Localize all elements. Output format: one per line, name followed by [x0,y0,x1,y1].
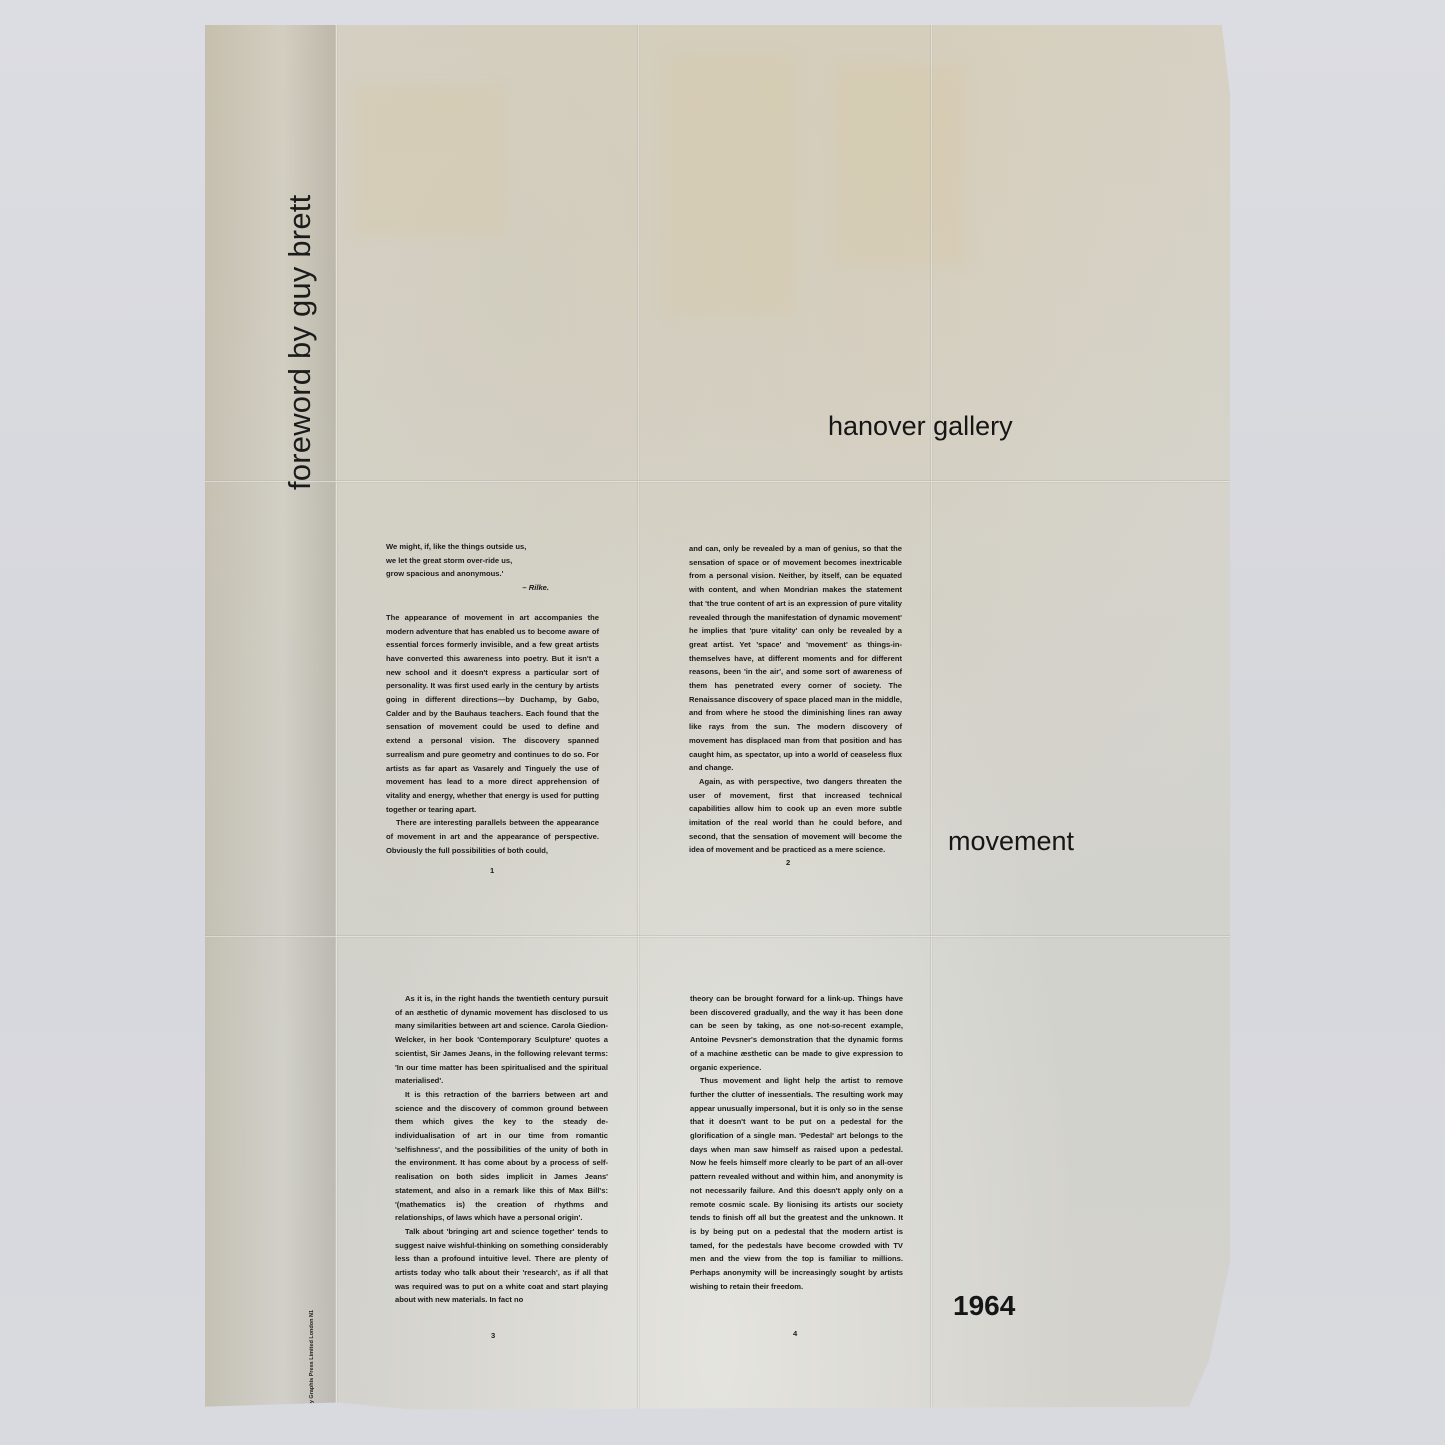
fold-line-horizontal [205,480,1230,483]
gallery-name: hanover gallery [828,411,1013,442]
fold-line-vertical [335,25,338,1415]
paragraph: As it is, in the right hands the twentie… [395,992,608,1088]
page-1-text: We might, if, like the things outside us… [386,540,599,857]
page-number: 2 [786,858,790,867]
paragraph: Thus movement and light help the artist … [690,1074,903,1293]
page-3-text: As it is, in the right hands the twentie… [395,992,608,1307]
fold-line-horizontal [205,935,1230,938]
page-number: 3 [491,1331,495,1340]
paragraph: There are interesting parallels between … [386,816,599,857]
paper-stain [355,85,505,235]
quote-line: we let the great storm over-ride us, [386,554,599,568]
paper-stain [665,55,795,315]
quote-line: We might, if, like the things outside us… [386,540,599,554]
paragraph: Talk about 'bringing art and science tog… [395,1225,608,1307]
rilke-quote: We might, if, like the things outside us… [386,540,599,595]
fold-line-vertical [930,25,933,1415]
paragraph: theory can be brought forward for a link… [690,992,903,1074]
page-number: 1 [490,866,494,875]
paragraph: It is this retraction of the barriers be… [395,1088,608,1225]
paragraph: and can, only be revealed by a man of ge… [689,542,902,775]
fold-line-vertical [637,25,640,1415]
foreword-credit: foreword by guy brett [282,195,318,490]
page-number: 4 [793,1329,797,1338]
quote-line: grow spacious and anonymous.' [386,567,599,581]
exhibition-year: 1964 [953,1290,1015,1322]
folded-exhibition-leaflet: foreword by guy brett Printed by Graphis… [205,25,1230,1415]
exhibition-title: movement [948,826,1074,857]
page-4-text: theory can be brought forward for a link… [690,992,903,1293]
page-2-text: and can, only be revealed by a man of ge… [689,542,902,857]
printer-credit: Printed by Graphis Press Limited London … [309,1310,315,1427]
paragraph: Again, as with perspective, two dangers … [689,775,902,857]
quote-attribution: – Rilke. [386,581,599,595]
paragraph: The appearance of movement in art accomp… [386,611,599,817]
paper-stain [835,65,965,265]
